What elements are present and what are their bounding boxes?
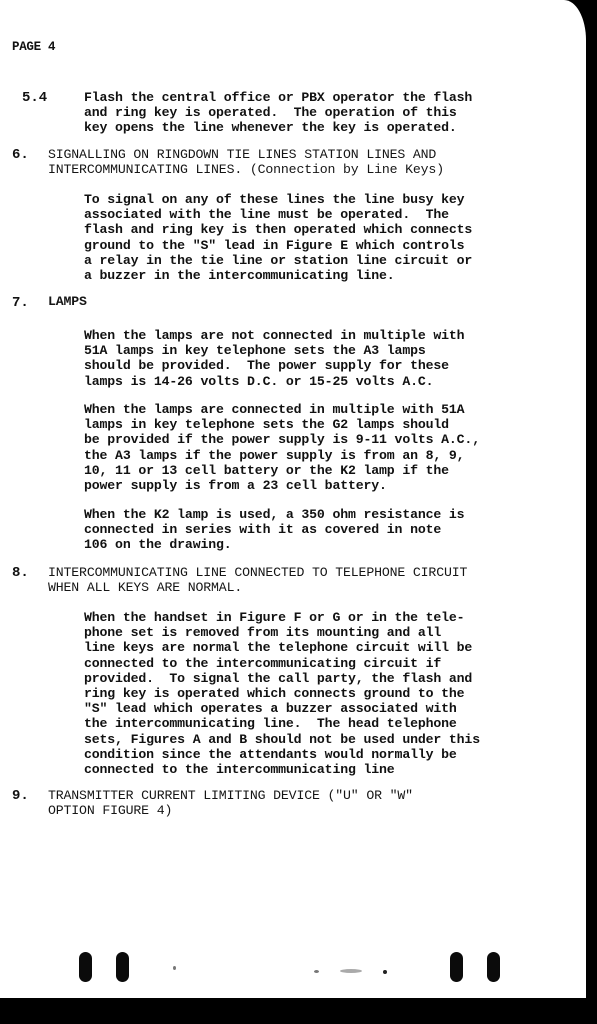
section-9-heading: TRANSMITTER CURRENT LIMITING DEVICE ("U"… (48, 788, 413, 818)
scan-speck (314, 970, 319, 973)
page-number-label: PAGE 4 (12, 40, 55, 55)
section-9-number: 9. (12, 789, 29, 804)
scan-speck (173, 966, 176, 970)
scan-speck (383, 970, 387, 974)
section-8-paragraph: When the handset in Figure F or G or in … (84, 610, 480, 777)
section-5-4-number: 5.4 (22, 91, 47, 106)
section-7-paragraph-3: When the K2 lamp is used, a 350 ohm resi… (84, 507, 464, 553)
section-8-number: 8. (12, 566, 29, 581)
section-5-4-paragraph: Flash the central office or PBX operator… (84, 90, 472, 136)
punch-hole (487, 952, 500, 982)
section-8-heading: INTERCOMMUNICATING LINE CONNECTED TO TEL… (48, 565, 467, 595)
punch-hole (116, 952, 129, 982)
section-6-number: 6. (12, 148, 29, 163)
section-7-number: 7. (12, 296, 29, 311)
section-7-paragraph-1: When the lamps are not connected in mult… (84, 328, 464, 389)
scan-speck (340, 969, 362, 973)
section-7-paragraph-2: When the lamps are connected in multiple… (84, 402, 480, 493)
punch-hole (450, 952, 463, 982)
punch-hole (79, 952, 92, 982)
section-7-heading: LAMPS (48, 294, 87, 309)
section-6-heading: SIGNALLING ON RINGDOWN TIE LINES STATION… (48, 147, 444, 177)
section-6-paragraph: To signal on any of these lines the line… (84, 192, 472, 283)
document-page: PAGE 4 5.4 Flash the central office or P… (0, 0, 586, 998)
